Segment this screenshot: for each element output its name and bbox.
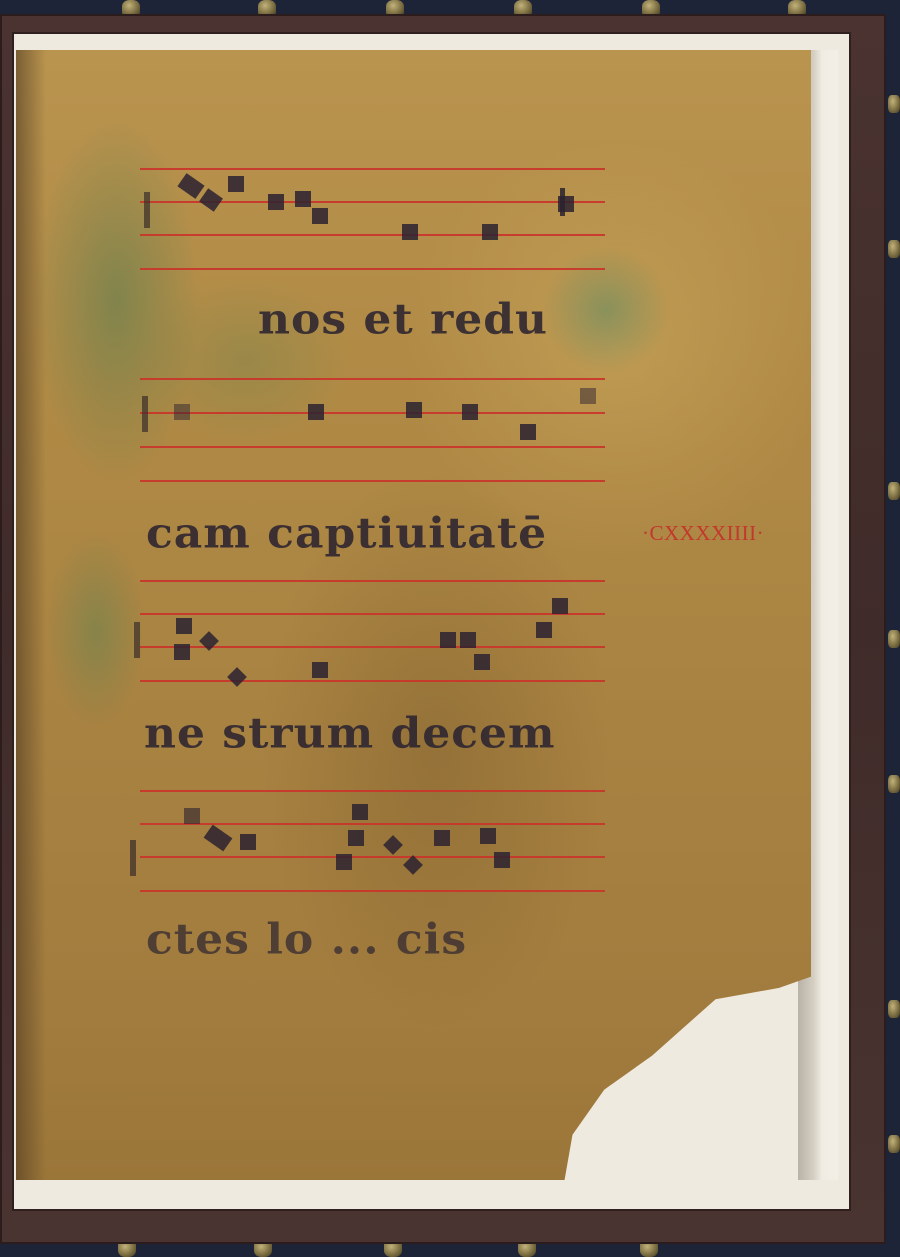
mount-pin [888, 95, 900, 113]
mount-pin [888, 630, 900, 648]
lyric-line-4: ctes lo ... cis [146, 919, 467, 961]
music-staff-4 [140, 790, 605, 894]
mount-pin [888, 1000, 900, 1018]
music-staff-3 [140, 580, 605, 684]
lyric-line-2: cam captiuitatē [146, 513, 547, 555]
mount-pin [888, 775, 900, 793]
lyric-line-3: ne strum de­cem [144, 713, 556, 755]
folio-number: ·CXXXXIIII· [642, 521, 764, 546]
music-staff-1 [140, 168, 605, 272]
lyric-line-1: nos et re­du [258, 299, 548, 341]
leaf-gutter-shadow [16, 50, 46, 1180]
mount-pin [888, 1135, 900, 1153]
clef-icon [130, 840, 136, 876]
clef-icon [144, 192, 150, 228]
music-staff-2 [140, 378, 605, 482]
mount-pin [888, 482, 900, 500]
clef-icon [134, 622, 140, 658]
clef-icon [142, 396, 148, 432]
mount-pin [888, 240, 900, 258]
